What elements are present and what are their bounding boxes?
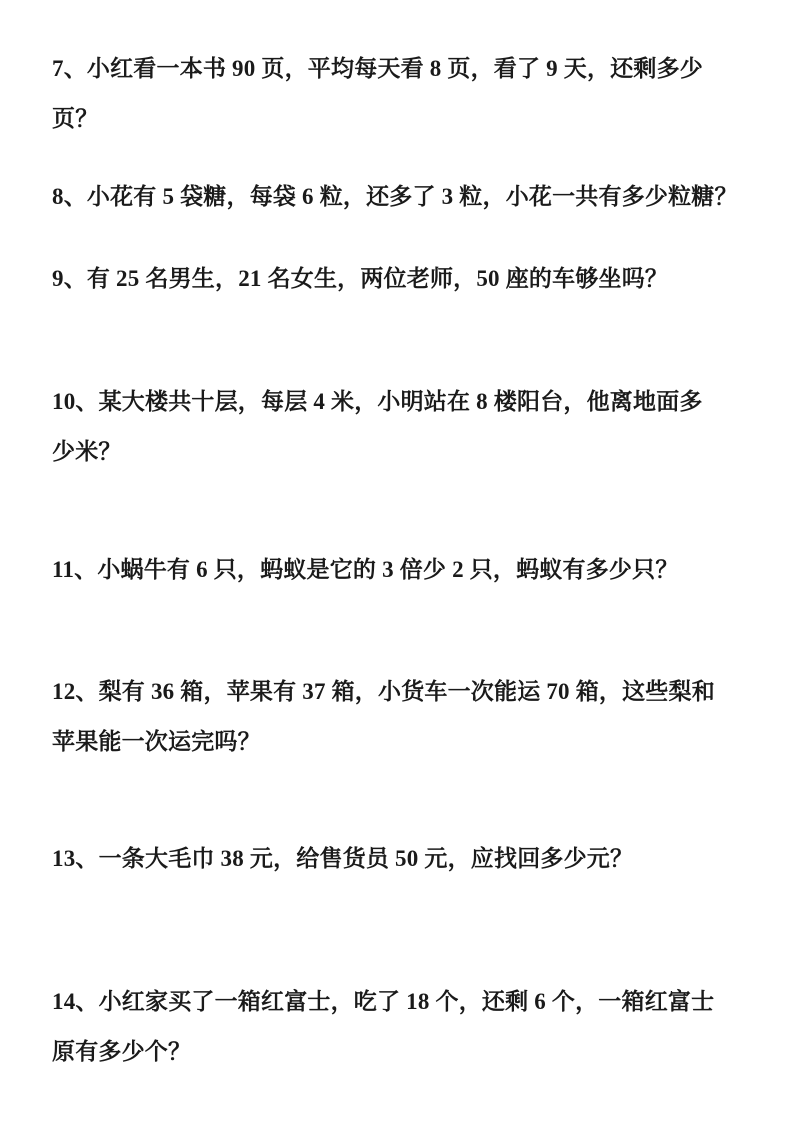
problem-10-line-2: 少米？ [52,427,745,477]
problem-item-13: 13、一条大毛巾 38 元，给售货员 50 元，应找回多少元？ [52,834,745,884]
problem-14-line-1: 14、小红家买了一箱红富士，吃了 18 个，还剩 6 个，一箱红富士 [52,977,745,1027]
problem-item-12: 12、梨有 36 箱，苹果有 37 箱，小货车一次能运 70 箱，这些梨和 苹果… [52,667,745,767]
problem-13-line-1: 13、一条大毛巾 38 元，给售货员 50 元，应找回多少元？ [52,834,745,884]
problem-9-line-1: 9、有 25 名男生，21 名女生，两位老师，50 座的车够坐吗？ [52,254,745,304]
problem-item-9: 9、有 25 名男生，21 名女生，两位老师，50 座的车够坐吗？ [52,254,745,304]
problem-14-line-2: 原有多少个？ [52,1027,745,1077]
problem-item-8: 8、小花有 5 袋糖，每袋 6 粒，还多了 3 粒，小花一共有多少粒糖？ [52,172,745,222]
problem-item-10: 10、某大楼共十层，每层 4 米，小明站在 8 楼阳台，他离地面多 少米？ [52,377,745,477]
problem-item-11: 11、小蜗牛有 6 只，蚂蚁是它的 3 倍少 2 只，蚂蚁有多少只？ [52,545,745,595]
problem-7-line-1: 7、小红看一本书 90 页，平均每天看 8 页，看了 9 天，还剩多少 [52,44,745,94]
problem-8-line-1: 8、小花有 5 袋糖，每袋 6 粒，还多了 3 粒，小花一共有多少粒糖？ [52,172,745,222]
worksheet-page: 7、小红看一本书 90 页，平均每天看 8 页，看了 9 天，还剩多少 页？ 8… [0,0,793,1122]
problem-12-line-2: 苹果能一次运完吗？ [52,717,745,767]
problem-11-line-1: 11、小蜗牛有 6 只，蚂蚁是它的 3 倍少 2 只，蚂蚁有多少只？ [52,545,745,595]
problem-7-line-2: 页？ [52,94,745,144]
problem-10-line-1: 10、某大楼共十层，每层 4 米，小明站在 8 楼阳台，他离地面多 [52,377,745,427]
problem-12-line-1: 12、梨有 36 箱，苹果有 37 箱，小货车一次能运 70 箱，这些梨和 [52,667,745,717]
problem-item-7: 7、小红看一本书 90 页，平均每天看 8 页，看了 9 天，还剩多少 页？ [52,44,745,144]
problem-item-14: 14、小红家买了一箱红富士，吃了 18 个，还剩 6 个，一箱红富士 原有多少个… [52,977,745,1077]
